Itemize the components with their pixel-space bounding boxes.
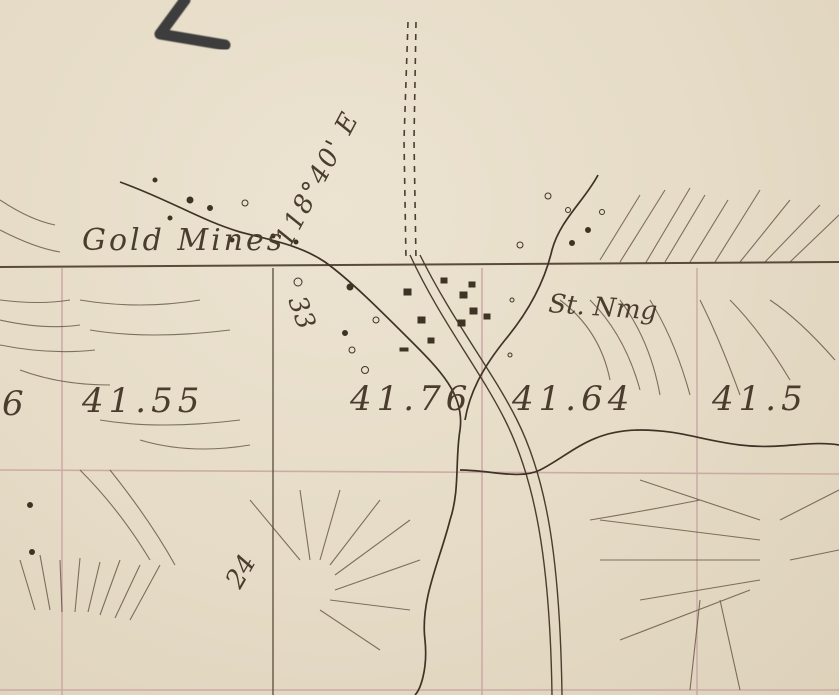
trail bbox=[410, 255, 562, 695]
section-grid bbox=[0, 268, 839, 695]
acreage-label-41-55: 41.55 bbox=[81, 381, 204, 421]
acreage-label-41-5-partial: 41.5 bbox=[711, 379, 808, 419]
map-canvas: 118°40' E Gold Mines St. Nmg 33 24 6 41.… bbox=[0, 0, 839, 695]
place-label-gold-mines: Gold Mines bbox=[82, 223, 285, 258]
acreage-label-41-64: 41.64 bbox=[511, 379, 634, 419]
acreage-label-partial-left: 6 bbox=[2, 384, 29, 424]
meridian-line bbox=[404, 22, 416, 260]
place-label-st-nmg: St. Nmg bbox=[548, 289, 659, 327]
survey-map: 118°40' E Gold Mines St. Nmg 33 24 6 41.… bbox=[0, 0, 839, 695]
acreage-label-41-76: 41.76 bbox=[349, 379, 472, 419]
section-label-24: 24 bbox=[220, 550, 263, 595]
corner-mark bbox=[160, 0, 225, 45]
township-label-33: 33 bbox=[281, 292, 321, 333]
